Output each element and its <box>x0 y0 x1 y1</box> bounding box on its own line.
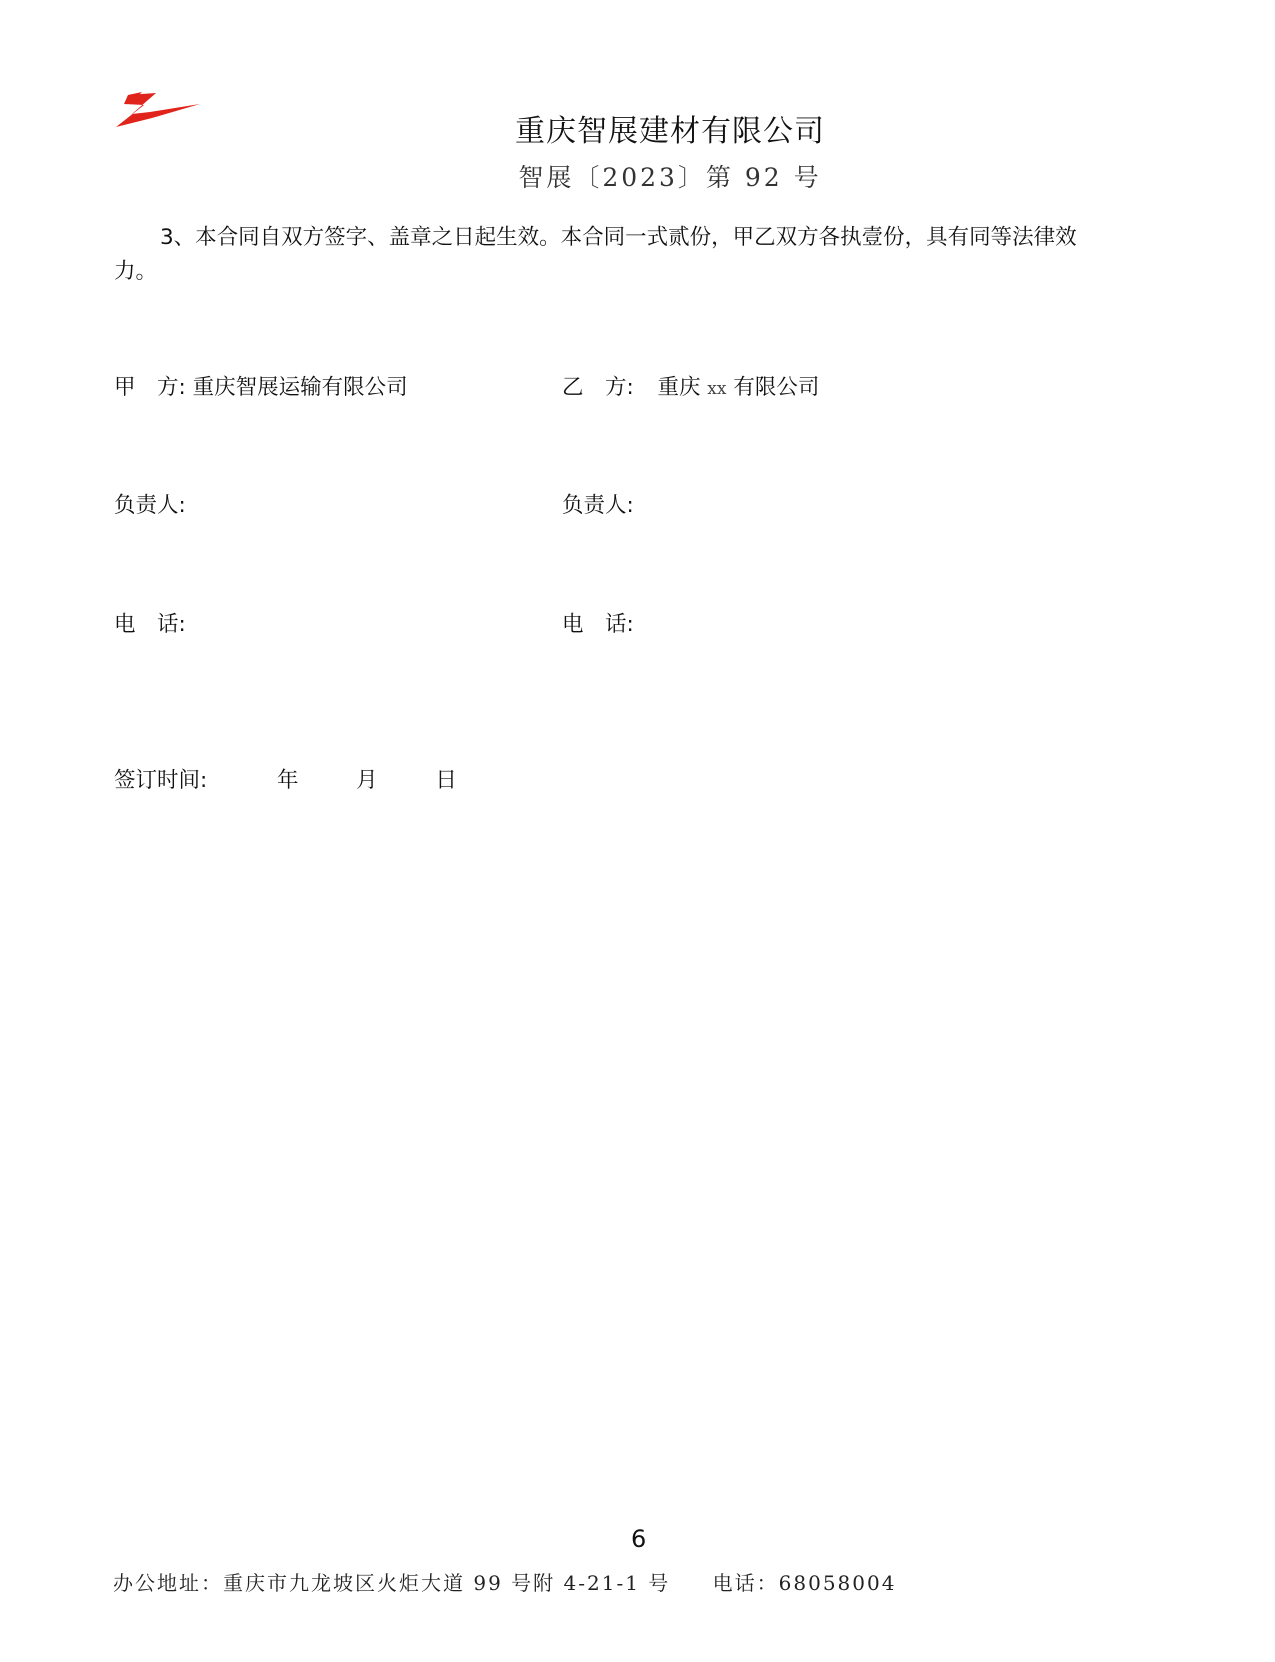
party-b-phone-label: 电 话: <box>562 607 634 638</box>
signing-date-label: 签订时间: <box>114 768 207 793</box>
signing-date-day: 日 <box>435 768 457 793</box>
party-a-line: 甲 方: 重庆智展运输有限公司 <box>114 370 408 401</box>
party-b-name-prefix: 重庆 <box>657 375 700 400</box>
footer-phone: 电话：68058004 <box>713 1571 897 1595</box>
party-b-name-placeholder: xx <box>707 379 726 399</box>
party-b-label: 乙 方: <box>562 375 634 400</box>
footer-contact: 办公地址：重庆市九龙坡区火炬大道 99 号附 4-21-1 号 电话：68058… <box>113 1567 896 1596</box>
party-a-label: 甲 方: <box>114 375 186 400</box>
signing-date-year: 年 <box>277 768 299 793</box>
contract-clause-line-2: 力。 <box>114 254 157 285</box>
page-number: 6 <box>631 1525 646 1553</box>
party-a-name: 重庆智展运输有限公司 <box>193 375 408 400</box>
signing-date-line: 签订时间: 年 月 日 <box>114 763 457 794</box>
party-b-name-suffix: 有限公司 <box>733 375 819 400</box>
party-b-responsible-label: 负责人: <box>562 488 634 519</box>
contract-clause-line-1: 3、本合同自双方签字、盖章之日起生效。本合同一式贰份，甲乙双方各执壹份，具有同等… <box>160 220 1077 251</box>
company-title: 重庆智展建材有限公司 <box>0 106 1275 150</box>
party-a-phone-label: 电 话: <box>114 607 186 638</box>
party-a-responsible-label: 负责人: <box>114 488 186 519</box>
party-b-line: 乙 方: 重庆 xx 有限公司 <box>562 370 819 401</box>
signing-date-month: 月 <box>356 768 378 793</box>
document-number: 智展〔2023〕第 92 号 <box>0 158 1275 194</box>
footer-address: 办公地址：重庆市九龙坡区火炬大道 99 号附 4-21-1 号 <box>113 1571 670 1595</box>
